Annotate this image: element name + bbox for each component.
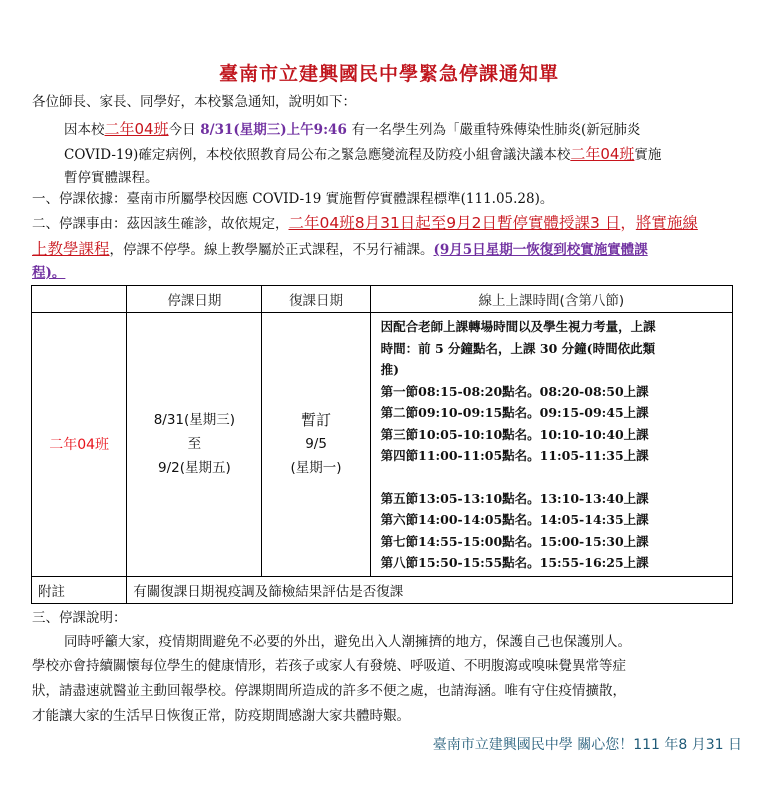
period-item: 第五節13:05-13:10點名。13:10-13:40上課 (381, 488, 726, 510)
suspension-period-highlight: 二年04班8月31日起至9月2日暫停實體授課3 日 (289, 214, 621, 232)
section-3-line: 同時呼籲大家，疫情期間避免不必要的外出，避免出入人潮擁擠的地方，保護自己也保護別… (64, 632, 631, 652)
stop-date-to: 至 (127, 432, 261, 456)
note-label: 附註 (32, 576, 127, 603)
header-cell-class (32, 286, 127, 313)
resume-date: 9/5 (262, 432, 369, 456)
section-2-text: ，停課不停學。線上教學屬於正式課程，不另行補課。 (110, 242, 434, 258)
intro-text: 有一名學生列為「嚴重特殊傳染性肺炎(新冠肺炎 (352, 122, 641, 138)
intro-line-1: 因本校二年04班今日 8/31(星期三)上午9:46 有一名學生列為「嚴重特殊傳… (64, 119, 640, 140)
stop-date-start: 8/31(星期三) (127, 408, 261, 432)
period-item: 第二節09:10-09:15點名。09:15-09:45上課 (381, 402, 726, 424)
schedule-intro: 時間：前 5 分鐘點名，上課 30 分鐘(時間依此類 (381, 338, 726, 360)
header-cell-stop-date: 停課日期 (127, 286, 262, 313)
intro-text: 今日 (169, 122, 196, 138)
online-schedule-cell: 因配合老師上課轉場時間以及學生視力考量，上課 時間：前 5 分鐘點名，上課 30… (370, 313, 732, 577)
school-signature: 臺南市立建興國民中學 關心您！111 年8 月31 日 (433, 734, 742, 754)
stop-date-cell: 8/31(星期三) 至 9/2(星期五) (127, 313, 262, 577)
intro-text: 因本校 (64, 122, 105, 138)
section-3-heading: 三、停課說明： (32, 608, 127, 628)
section-2-line-1: 二、停課事由：茲因該生確診，故依規定，二年04班8月31日起至9月2日暫停實體授… (32, 213, 698, 234)
class-name-cell: 二年04班 (32, 313, 127, 577)
greeting: 各位師長、家長、同學好，本校緊急通知，說明如下： (32, 92, 356, 112)
resume-tentative: 暫訂 (262, 408, 369, 432)
period-item: 第四節11:00-11:05點名。11:05-11:35上課 (381, 445, 726, 467)
notice-title: 臺南市立建興國民中學緊急停課通知單 (0, 59, 778, 86)
class-name-highlight: 二年04班 (570, 145, 634, 163)
period-item: 第三節10:05-10:10點名。10:10-10:40上課 (381, 424, 726, 446)
section-3-line: 才能讓大家的生活早日恢復正常，防疫期間感謝大家共體時艱。 (32, 706, 410, 726)
header-cell-online-time: 線上上課時間(含第八節) (370, 286, 732, 313)
period-item: 第八節15:50-15:55點名。15:55-16:25上課 (381, 552, 726, 574)
section-3-line: 狀，請盡速就醫並主動回報學校。停課期間所造成的許多不便之處，也請海涵。唯有守住疫… (32, 681, 626, 701)
class-name-highlight: 二年04班 (105, 120, 169, 138)
period-spacer (381, 467, 726, 488)
table-row: 二年04班 8/31(星期三) 至 9/2(星期五) 暫訂 9/5 (星期一) … (32, 313, 733, 577)
intro-text: COVID-19)確定病例，本校依照教育局公布之緊急應變流程及防疫小組會議決議本… (64, 147, 570, 163)
section-2-line-3: 程)。 (32, 263, 65, 283)
section-2-line-2: 上教學課程，停課不停學。線上教學屬於正式課程，不另行補課。(9月5日星期一恢復到… (32, 239, 648, 260)
section-1-basis: 一、停課依據：臺南市所屬學校因應 COVID-19 實施暫停實體課程標準(111… (32, 189, 553, 209)
resume-weekday: (星期一) (262, 456, 369, 480)
section-3-line: 學校亦會持續關懷每位學生的健康情形，若孩子或家人有發燒、呼吸道、不明腹瀉或嗅味覺… (32, 656, 626, 676)
schedule-intro: 推) (381, 359, 726, 381)
section-2-text: 二、停課事由：茲因該生確診，故依規定， (32, 216, 289, 232)
period-item: 第七節14:55-15:00點名。15:00-15:30上課 (381, 531, 726, 553)
header-cell-resume-date: 復課日期 (262, 286, 370, 313)
note-row: 附註 有關復課日期視疫調及篩檢結果評估是否復課 (32, 576, 733, 603)
intro-line-2: COVID-19)確定病例，本校依照教育局公布之緊急應變流程及防疫小組會議決議本… (64, 144, 661, 165)
resume-notice: (9月5日星期一恢復到校實施實體課 (434, 242, 648, 258)
comma: ， (620, 214, 636, 232)
intro-text: 實施 (634, 147, 661, 163)
note-text: 有關復課日期視疫調及篩檢結果評估是否復課 (127, 576, 733, 603)
schedule-table: 停課日期 復課日期 線上上課時間(含第八節) 二年04班 8/31(星期三) 至… (31, 285, 733, 604)
period-item: 第一節08:15-08:20點名。08:20-08:50上課 (381, 381, 726, 403)
online-teaching-highlight: 將實施線 (636, 214, 698, 232)
resume-date-cell: 暫訂 9/5 (星期一) (262, 313, 370, 577)
online-teaching-highlight: 上教學課程 (32, 240, 110, 258)
intro-line-3: 暫停實體課程。 (64, 168, 159, 188)
resume-notice: 程)。 (32, 265, 65, 281)
incident-datetime: 8/31(星期三)上午9:46 (196, 122, 352, 138)
stop-date-end: 9/2(星期五) (127, 456, 261, 480)
schedule-intro: 因配合老師上課轉場時間以及學生視力考量，上課 (381, 316, 726, 338)
period-item: 第六節14:00-14:05點名。14:05-14:35上課 (381, 509, 726, 531)
table-header-row: 停課日期 復課日期 線上上課時間(含第八節) (32, 286, 733, 313)
